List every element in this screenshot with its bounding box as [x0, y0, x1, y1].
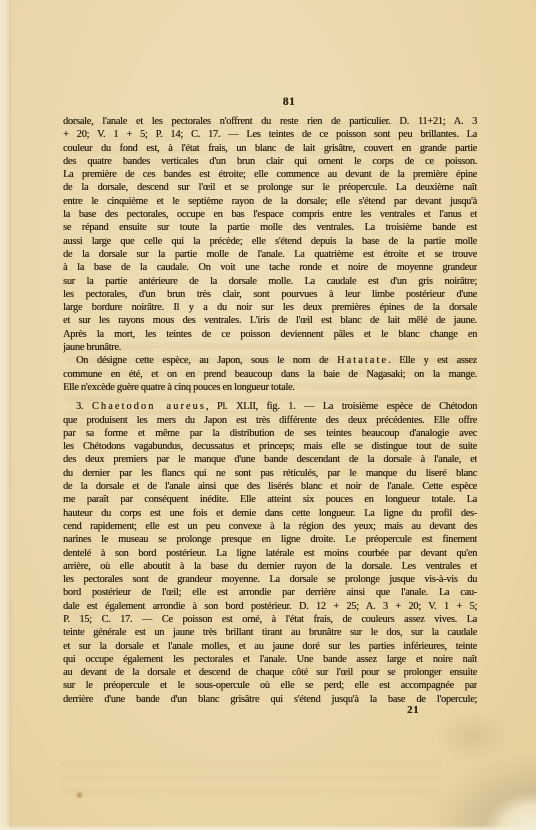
text-line: me paraît par conséquent inédite. Elle a… — [63, 493, 477, 506]
text-line: teinte générale est un jaune très brilla… — [63, 626, 477, 639]
text-line: les Chétodons vagabundus, decussatus et … — [63, 440, 477, 453]
text-line: cend rapidement; elle est un peu convexe… — [63, 520, 477, 533]
text-line: par sa forme et même par la distribution… — [63, 427, 477, 440]
text-line: qui occupe également les pectorales et l… — [63, 653, 477, 666]
text-line: dale est également arrondie à son bord p… — [63, 600, 477, 613]
text-line: sur la partie antérieure de la dorsale m… — [63, 275, 477, 288]
text-line: les pectorales, d'un brun très clair, so… — [63, 288, 477, 301]
paragraph: dorsale, l'anale et les pectorales n'off… — [63, 115, 477, 354]
page-number: 81 — [283, 96, 296, 108]
text-line: de la dorsale sur la partie molle de l'a… — [63, 248, 477, 261]
text-column: 81 dorsale, l'anale et les pectorales n'… — [63, 0, 477, 830]
text-line: se répand ensuite sur toute la partie mo… — [63, 221, 477, 234]
text-line: large bordure noirâtre. Il y a du noir s… — [63, 301, 477, 314]
signature-mark: 21 — [407, 704, 419, 716]
text-segment: On désigne cette espèce, au Japon, sous … — [76, 355, 337, 366]
page-header: 81 — [63, 92, 477, 110]
text-line: et sur les rayons mous des ventrales. L'… — [63, 314, 477, 327]
text-line: 3. Chaetodon aureus, Pl. XLII, fig. 1. —… — [63, 400, 477, 413]
text-segment: . Elle y est assez — [388, 355, 477, 366]
text-block: dorsale, l'anale et les pectorales n'off… — [63, 115, 477, 706]
text-line: arrière, où elle aboutit à la base du de… — [63, 560, 477, 573]
text-line: dentelé à son bord postérieur. La ligne … — [63, 547, 477, 560]
text-line: entre le cinquième et le septième rayon … — [63, 195, 477, 208]
text-line: La première de ces bandes est étroite; e… — [63, 168, 477, 181]
text-line: commune en été, et on en prend beaucoup … — [63, 368, 477, 381]
text-line: bord postérieur de l'œil; elle est arron… — [63, 586, 477, 599]
text-line: des deux premiers par le manque d'une ba… — [63, 453, 477, 466]
text-line: P. 15; C. 17. — Ce poisson est orné, à l… — [63, 613, 477, 626]
text-segment: , Pl. XLII, fig. 1. — La troisième espèc… — [206, 401, 477, 412]
text-line: sur le préopercule et le sous-opercule o… — [63, 679, 477, 692]
text-line: On désigne cette espèce, au Japon, sous … — [63, 354, 477, 367]
text-line: à la base de la caudale. On voit une tac… — [63, 261, 477, 274]
text-line: dorsale, l'anale et les pectorales n'off… — [63, 115, 477, 128]
text-line: de la dorsale et de l'anale ainsi que de… — [63, 480, 477, 493]
letterspaced-term: Hatatate — [337, 355, 388, 366]
text-line: narines le museau se prolonge presque en… — [63, 533, 477, 546]
text-segment: 3. — [76, 401, 92, 412]
text-line: du dernier par les flancs qui ne sont pa… — [63, 467, 477, 480]
text-line: les pectorales sont de grandeur moyenne.… — [63, 573, 477, 586]
text-line: + 20; V. 1 + 5; P. 14; C. 17. — Les tein… — [63, 128, 477, 141]
text-line: au devant de la dorsale et descend de ch… — [63, 666, 477, 679]
text-line: de la dorsale, descend sur l'œil et se p… — [63, 181, 477, 194]
text-line: des quatre bandes verticales d'un brun c… — [63, 155, 477, 168]
letterspaced-term: Chaetodon aureus — [92, 401, 206, 412]
text-line: et sur la dorsale et l'anale molles, et … — [63, 640, 477, 653]
text-line: couleur du fond est, à l'état frais, un … — [63, 142, 477, 155]
text-line: que produisent les mers du Japon est trè… — [63, 414, 477, 427]
text-line: la base des pectorales, occupe en bas l'… — [63, 208, 477, 221]
paragraph: 3. Chaetodon aureus, Pl. XLII, fig. 1. —… — [63, 400, 477, 706]
page-gutter-edge — [0, 0, 11, 830]
text-line: jaune brunâtre. — [63, 341, 477, 354]
text-line: aussi large que celle qui la précède; el… — [63, 235, 477, 248]
scanned-book-page: 81 dorsale, l'anale et les pectorales n'… — [0, 0, 536, 830]
text-line: Après la mort, les teintes de ce poisson… — [63, 328, 477, 341]
text-line: Elle n'excède guère quatre à cinq pouces… — [63, 381, 477, 394]
paragraph: On désigne cette espèce, au Japon, sous … — [63, 354, 477, 394]
text-line: hauteur du corps est une fois et demie d… — [63, 507, 477, 520]
